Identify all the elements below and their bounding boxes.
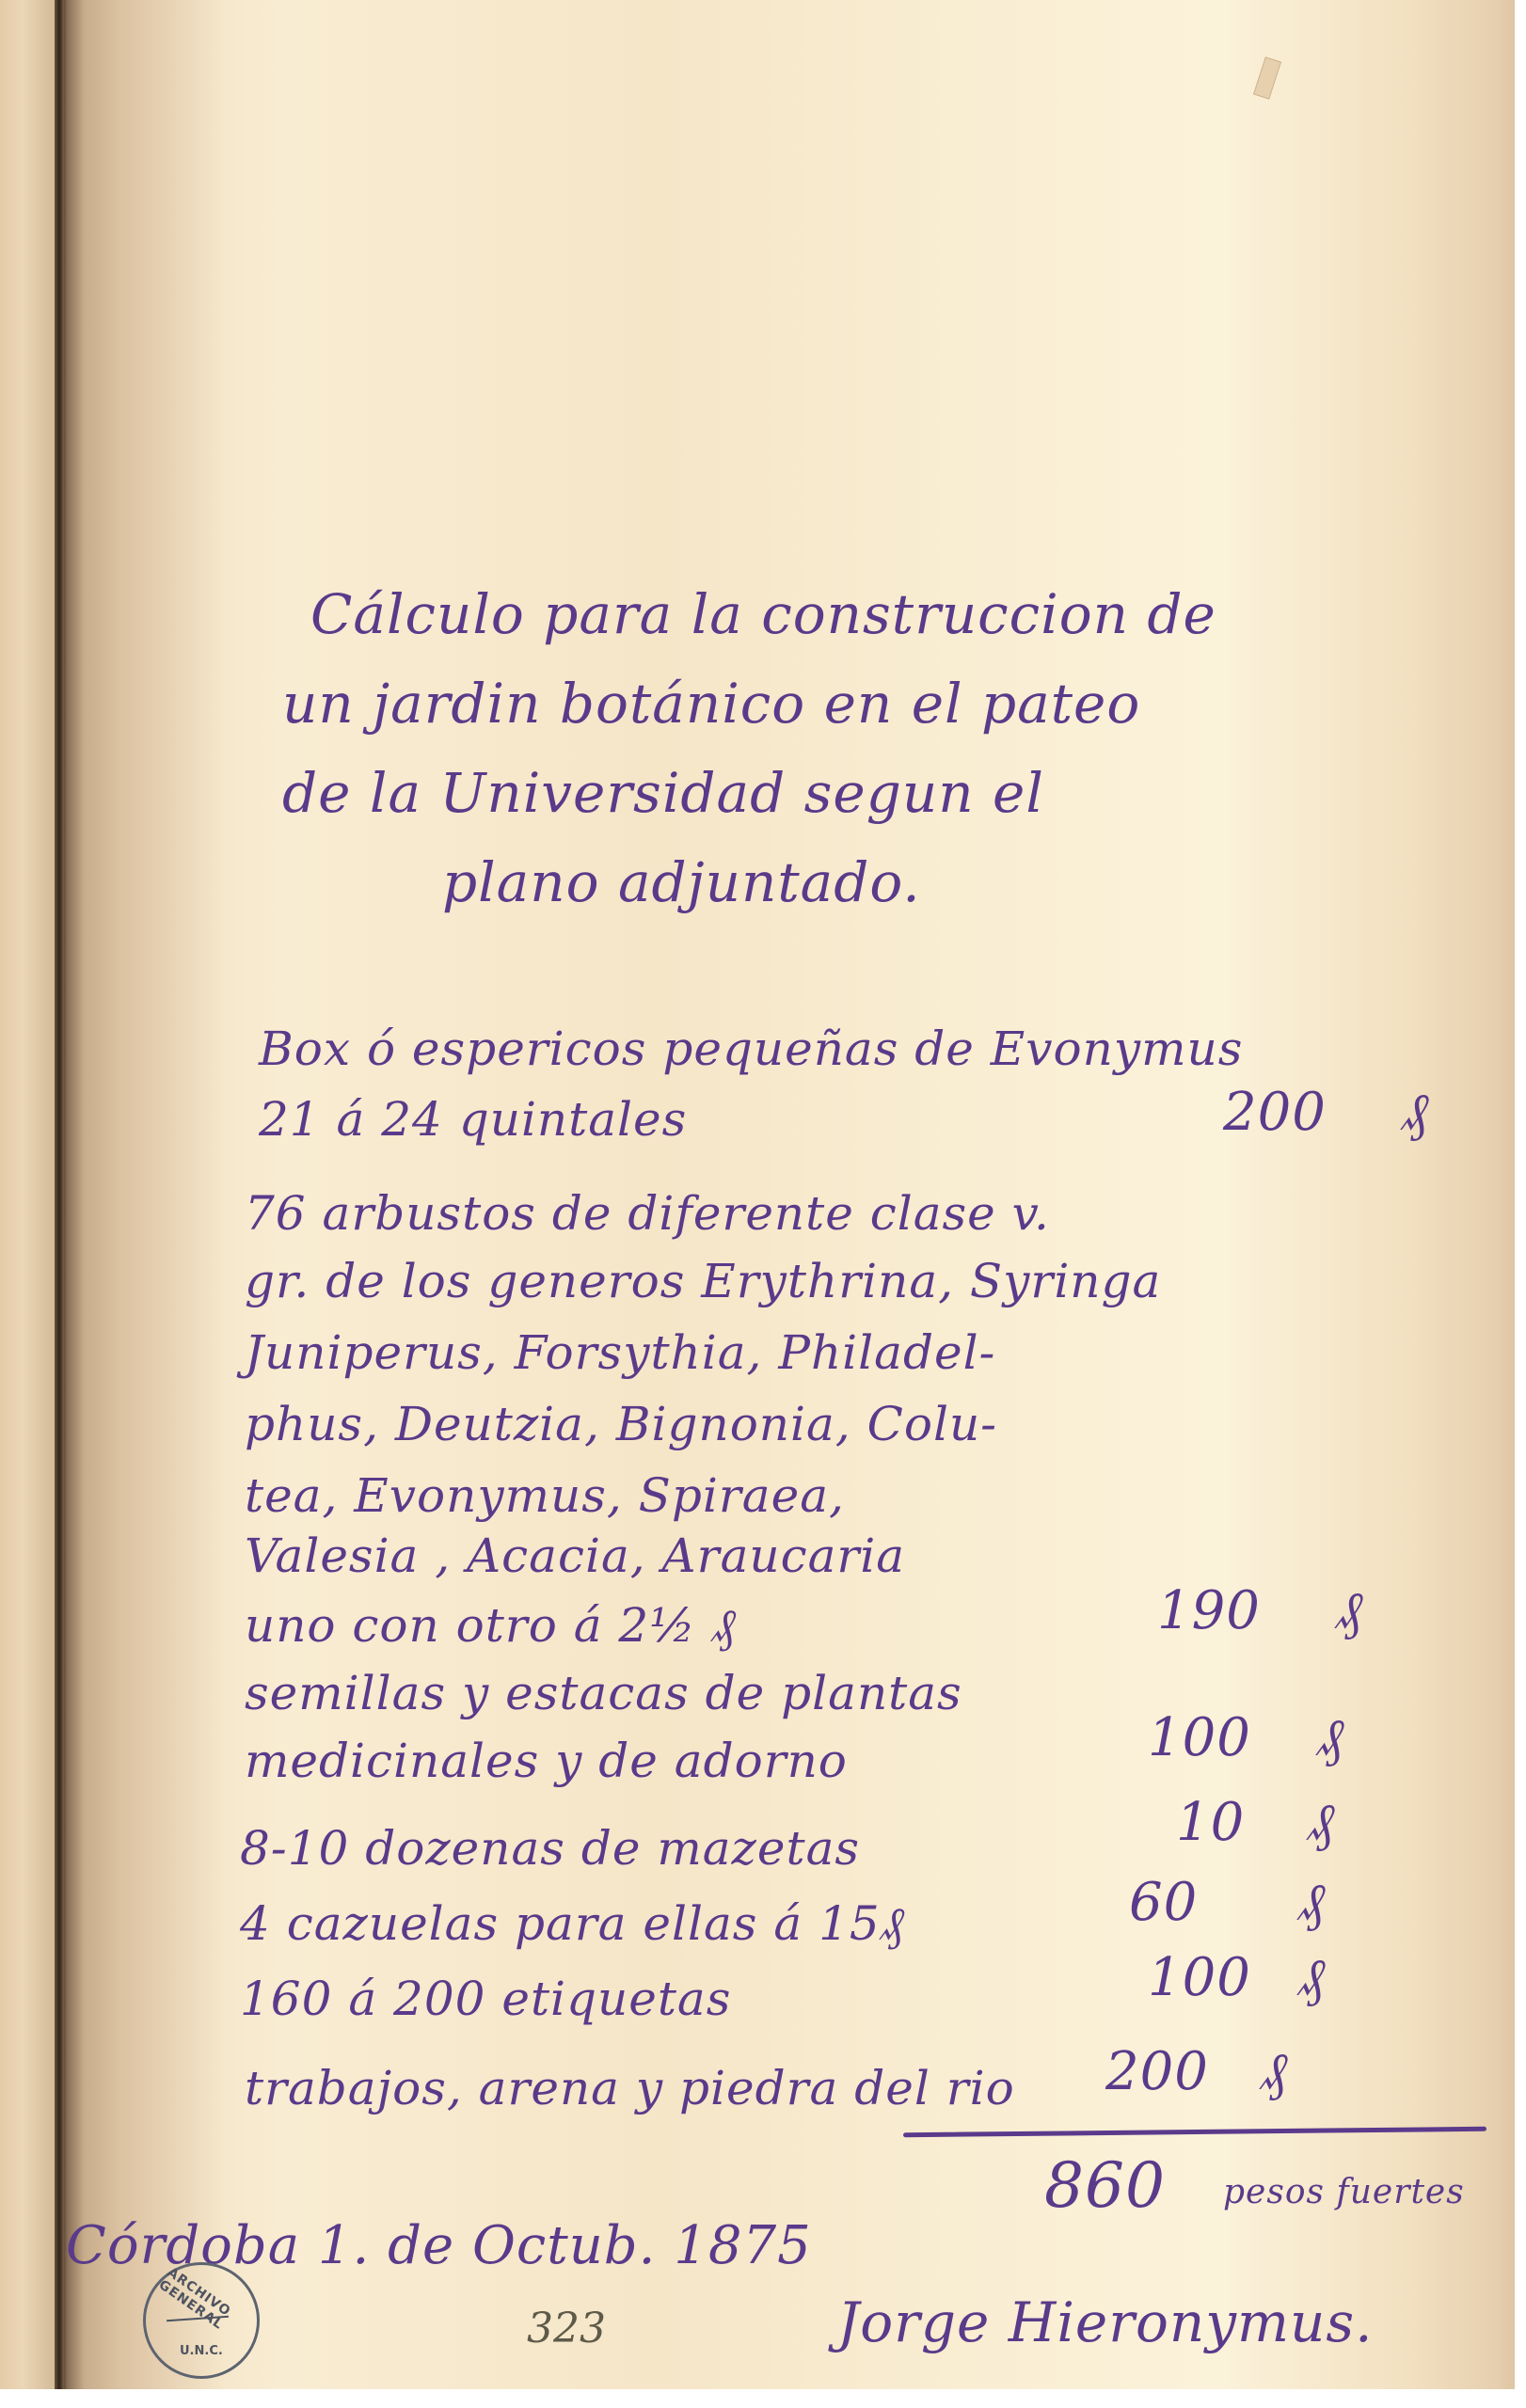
item-line: uno con otro á 2½ ₰ (245, 1588, 737, 1663)
item-line: semillas y estacas de plantas (245, 1655, 962, 1731)
title-line: de la Universidad segun el (282, 748, 1044, 838)
item-line: 4 cazuelas para ellas á 15₰ (240, 1886, 905, 1961)
item-line: phus, Deutzia, Bignonia, Colu- (245, 1386, 997, 1462)
item-line: Box ó espericos pequeñas de Evonymus (259, 1011, 1243, 1086)
item-line: trabajos, arena y piedra del rio (245, 2051, 1015, 2126)
archive-stamp: ARCHIVO GENERAL U.N.C. (143, 2262, 260, 2379)
item-line: Valesia , Acacia, Araucaria (245, 1518, 905, 1593)
title-line: un jardin botánico en el pateo (282, 658, 1140, 749)
item-line: medicinales y de adorno (245, 1723, 848, 1798)
item-amount: 100 (1148, 1947, 1251, 2008)
total-amount: 860 (1044, 2149, 1166, 2222)
stamp-bottom-text: U.N.C. (180, 2344, 223, 2358)
currency-sign: ₰ (1317, 1707, 1344, 1768)
item-amount: 100 (1148, 1707, 1251, 1768)
item-line: 76 arbustos de diferente clase v. (245, 1176, 1050, 1251)
item-amount: 200 (1223, 1082, 1327, 1143)
stamp-top-text: ARCHIVO GENERAL (156, 2265, 257, 2348)
facing-page-edge (0, 0, 56, 2389)
item-amount: 200 (1105, 2041, 1209, 2102)
currency-sign: ₰ (1336, 1580, 1363, 1641)
signature: Jorge Hieronymus. (837, 2290, 1374, 2354)
currency-sign: ₰ (1308, 1792, 1335, 1853)
currency-sign: ₰ (1298, 1872, 1326, 1933)
item-line: gr. de los generos Erythrina, Syringa (245, 1244, 1161, 1319)
total-unit: pesos fuertes (1223, 2173, 1465, 2211)
item-line: Juniperus, Forsythia, Philadel- (245, 1315, 995, 1390)
item-amount: 190 (1157, 1580, 1261, 1641)
item-amount: 10 (1176, 1792, 1245, 1853)
currency-sign: ₰ (1402, 1082, 1429, 1143)
title-line: plano adjuntado. (442, 837, 921, 927)
currency-sign: ₰ (1261, 2041, 1288, 2102)
book-gutter (55, 0, 64, 2389)
item-amount: 60 (1129, 1872, 1198, 1933)
item-line: 8-10 dozenas de mazetas (240, 1811, 860, 1886)
item-line: 21 á 24 quintales (259, 1082, 687, 1157)
scan-margin (0, 2389, 1515, 2408)
folio-number: 323 (527, 2305, 606, 2353)
title-line: Cálculo para la construccion de (310, 569, 1216, 659)
currency-sign: ₰ (1298, 1947, 1326, 2008)
item-line: 160 á 200 etiquetas (240, 1961, 731, 2036)
